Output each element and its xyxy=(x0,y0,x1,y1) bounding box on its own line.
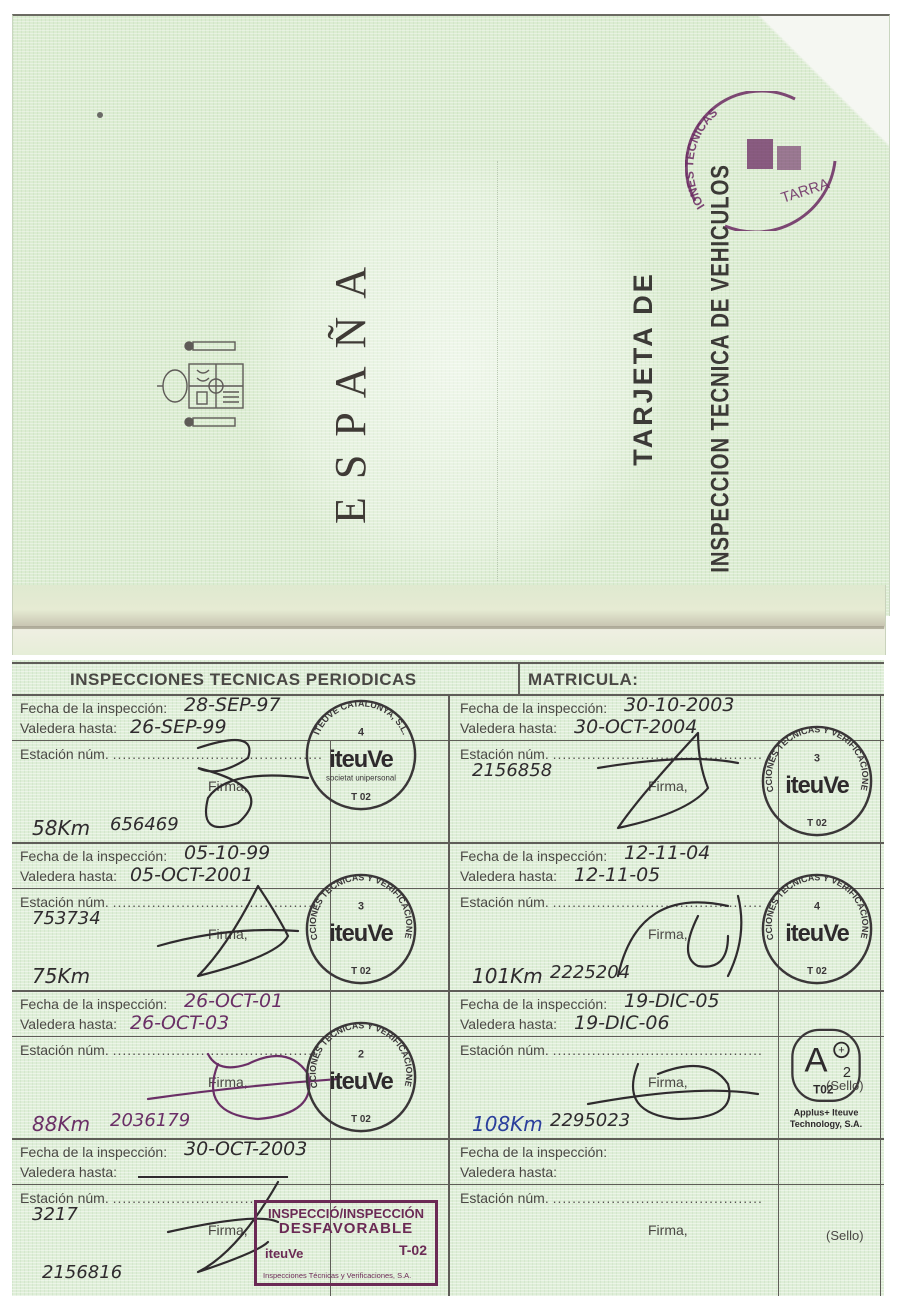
svg-text:iteuVe: iteuVe xyxy=(785,921,849,947)
svg-text:T 02: T 02 xyxy=(351,1114,371,1125)
column-divider xyxy=(448,694,450,1296)
signature-label: Firma, xyxy=(208,1222,248,1238)
station-number-label: Estación núm. ..........................… xyxy=(20,1042,323,1058)
valid-until-value: 12-11-05 xyxy=(574,864,660,886)
grid-line xyxy=(12,662,884,664)
station-dotted-line: ........................................… xyxy=(553,746,763,762)
station-label-text: Estación núm. xyxy=(460,894,553,910)
svg-text:iteuVe: iteuVe xyxy=(329,1069,393,1095)
svg-text:T 02: T 02 xyxy=(351,792,371,803)
valid-until-label: Valedera hasta: xyxy=(20,1164,117,1180)
license-plate-label: MATRICULA: xyxy=(528,670,638,690)
signature-label: Firma, xyxy=(208,778,248,794)
stamp-company: Inspecciones Técnicas y Verificaciones, … xyxy=(263,1272,411,1280)
cover-divider xyxy=(497,161,498,581)
valid-until-value: 26-SEP-99 xyxy=(130,716,227,738)
fold-crease xyxy=(12,626,884,629)
svg-text:iteuVe: iteuVe xyxy=(329,921,393,947)
station-number-label: Estación núm. ..........................… xyxy=(460,894,763,910)
iteuve-round-stamp-icon: INSPECCIONES TECNICAS Y VERIFICACIONES, … xyxy=(302,1018,420,1136)
inspection-entry: Fecha de la inspección:Valedera hasta:Es… xyxy=(18,696,448,844)
svg-text:3: 3 xyxy=(358,900,364,912)
stamp-line2: DESFAVORABLE xyxy=(257,1221,435,1237)
inspection-date-label: Fecha de la inspección: xyxy=(20,848,167,864)
report-number-value: 2295023 xyxy=(550,1110,630,1131)
inspection-entry: Fecha de la inspección:Valedera hasta:Es… xyxy=(458,1140,888,1288)
signature-label: Firma, xyxy=(648,1222,688,1238)
valid-until-value: 19-DIC-06 xyxy=(574,1012,670,1034)
signature-label: Firma, xyxy=(648,778,688,794)
iteuve-round-stamp-icon: INSPECCIONES TECNICAS Y VERIFICACIONES, … xyxy=(758,722,876,840)
svg-text:TARRA: TARRA xyxy=(779,175,832,207)
station-dotted-line: ........................................… xyxy=(113,746,323,762)
station-label-text: Estación núm. xyxy=(460,1042,553,1058)
svg-text:IONES TECNICAS: IONES TECNICAS xyxy=(685,105,720,211)
mileage-value: 101Km xyxy=(472,964,543,988)
inspection-date-label: Fecha de la inspección: xyxy=(20,1144,167,1160)
station-number-value: 3217 xyxy=(32,1204,78,1225)
iteuve-stamp: INSPECCIONES TECNICAS Y VERIFICACIONES, … xyxy=(302,1018,420,1141)
svg-text:T 02: T 02 xyxy=(807,818,827,829)
valid-until-value: 30-OCT-2004 xyxy=(574,716,697,738)
grid-line xyxy=(518,662,520,696)
iteuve-round-stamp-icon: ITEUVE CATALUNYA, S.L.4iteuVesocietat un… xyxy=(302,696,420,814)
report-number-value: 2156816 xyxy=(42,1262,122,1283)
station-dotted-line: ........................................… xyxy=(113,1042,323,1058)
valid-until-label: Valedera hasta: xyxy=(20,868,117,884)
stamp-code: T-02 xyxy=(399,1243,427,1258)
svg-text:T 02: T 02 xyxy=(351,966,371,977)
report-number-value: 656469 xyxy=(110,814,179,835)
station-number-label: Estación núm. ..........................… xyxy=(460,1042,763,1058)
valid-until-label: Valedera hasta: xyxy=(460,868,557,884)
iteuve-stamp: INSPECCIONES TECNICAS Y VERIFICACIONES, … xyxy=(758,870,876,993)
inspection-date-label: Fecha de la inspección: xyxy=(460,848,607,864)
mileage-value: 58Km xyxy=(32,816,90,840)
inspection-date-label: Fecha de la inspección: xyxy=(20,700,167,716)
valid-until-value: 26-OCT-03 xyxy=(130,1012,229,1034)
mileage-value: 88Km xyxy=(32,1112,90,1136)
svg-text:2: 2 xyxy=(358,1048,364,1060)
inspection-date-label: Fecha de la inspección: xyxy=(460,996,607,1012)
svg-text:3: 3 xyxy=(814,752,820,764)
inspection-date-value: 05-10-99 xyxy=(184,842,270,864)
svg-text:iteuVe: iteuVe xyxy=(785,773,849,799)
valid-until-struck xyxy=(138,1176,288,1178)
signature-label: Firma, xyxy=(648,1074,688,1090)
svg-text:T 02: T 02 xyxy=(807,966,827,977)
station-dotted-line: ........................................… xyxy=(553,1042,763,1058)
report-number-value: 2036179 xyxy=(110,1110,190,1131)
station-label-text: Estación núm. xyxy=(460,1190,553,1206)
valid-until-value: 05-OCT-2001 xyxy=(130,864,253,886)
inspection-date-value: 12-11-04 xyxy=(624,842,710,864)
stamp-logo: iteuVe xyxy=(265,1247,303,1261)
inspection-date-label: Fecha de la inspección: xyxy=(460,700,607,716)
card-title-line1: TARJETA DE xyxy=(625,261,661,476)
country-title: ESPAÑA xyxy=(331,241,371,531)
signature-label: Firma, xyxy=(208,926,248,942)
svg-text:Technology, S.A.: Technology, S.A. xyxy=(790,1119,862,1129)
valid-until-label: Valedera hasta: xyxy=(20,720,117,736)
inspection-date-value: 26-OCT-01 xyxy=(184,990,283,1012)
inspection-date-value: 30-OCT-2003 xyxy=(184,1138,307,1160)
inspection-entry: Fecha de la inspección:Valedera hasta:Es… xyxy=(18,1140,448,1288)
inspection-date-value: 19-DIC-05 xyxy=(624,990,720,1012)
inspection-entry: Fecha de la inspección:Valedera hasta:Es… xyxy=(458,696,888,844)
svg-text:Applus+ Iteuve: Applus+ Iteuve xyxy=(794,1107,859,1117)
inspection-entry: Fecha de la inspección:Valedera hasta:Es… xyxy=(458,844,888,992)
station-label-text: Estación núm. xyxy=(20,1042,113,1058)
svg-text:iteuVe: iteuVe xyxy=(329,747,393,773)
report-number-value: 2225204 xyxy=(550,962,630,983)
station-dotted-line: ........................................… xyxy=(113,894,323,910)
station-number-label: Estación núm. ..........................… xyxy=(20,746,323,762)
mileage-value: 75Km xyxy=(32,964,90,988)
inspection-date-value: 30-10-2003 xyxy=(624,694,734,716)
iteuve-stamp: ITEUVE CATALUNYA, S.L.4iteuVesocietat un… xyxy=(302,696,420,819)
station-dotted-line: ........................................… xyxy=(553,894,763,910)
signature-label: Firma, xyxy=(648,926,688,942)
document-cover: ESPAÑA TARJETA DE INSPECCION TECNICA DE … xyxy=(12,14,890,616)
iteuve-stamp: INSPECCIONES TECNICAS Y VERIFICACIONES, … xyxy=(302,870,420,993)
paper-spot xyxy=(97,112,103,118)
coat-of-arms-icon xyxy=(153,334,263,434)
iteuve-stamp: INSPECCIONES TECNICAS Y VERIFICACIONES, … xyxy=(758,722,876,845)
station-dotted-line: ........................................… xyxy=(553,1190,763,1206)
station-number-label: Estación núm. ..........................… xyxy=(460,1190,763,1206)
iteuve-round-stamp-icon: INSPECCIONES TECNICAS Y VERIFICACIONES, … xyxy=(302,870,420,988)
svg-text:societat unipersonal: societat unipersonal xyxy=(326,774,396,783)
signature-label: Firma, xyxy=(208,1074,248,1090)
unfavorable-inspection-stamp: INSPECCIÓ/INSPECCIÓNDESFAVORABLET-02iteu… xyxy=(254,1200,438,1286)
periodic-inspections-heading: INSPECCIONES TECNICAS PERIODICAS xyxy=(70,670,417,690)
inspection-station-stamp-icon: IONES TECNICAS TARRA xyxy=(685,91,845,231)
svg-text:A: A xyxy=(804,1042,827,1080)
station-number-value: 753734 xyxy=(32,908,101,929)
iteuve-round-stamp-icon: INSPECCIONES TECNICAS Y VERIFICACIONES, … xyxy=(758,870,876,988)
card-fold-spine xyxy=(12,585,886,655)
inspection-grid: INSPECCIONES TECNICAS PERIODICAS MATRICU… xyxy=(12,660,884,1296)
valid-until-label: Valedera hasta: xyxy=(460,720,557,736)
mileage-value: 108Km xyxy=(472,1112,543,1136)
seal-label: (Sello) xyxy=(826,1078,864,1093)
seal-label: (Sello) xyxy=(826,1228,864,1243)
inspection-date-label: Fecha de la inspección: xyxy=(460,1144,607,1160)
station-number-value: 2156858 xyxy=(472,760,552,781)
watermark-coat-of-arms xyxy=(243,146,673,586)
stamp-line1: INSPECCIÓ/INSPECCIÓN xyxy=(257,1207,435,1221)
station-label-text: Estación núm. xyxy=(20,746,113,762)
valid-until-label: Valedera hasta: xyxy=(460,1164,557,1180)
svg-text:4: 4 xyxy=(358,726,364,738)
valid-until-label: Valedera hasta: xyxy=(460,1016,557,1032)
inspection-date-label: Fecha de la inspección: xyxy=(20,996,167,1012)
valid-until-label: Valedera hasta: xyxy=(20,1016,117,1032)
inspection-entry: Fecha de la inspección:Valedera hasta:Es… xyxy=(458,992,888,1140)
inspection-entry: Fecha de la inspección:Valedera hasta:Es… xyxy=(18,844,448,992)
svg-text:4: 4 xyxy=(814,900,820,912)
inspection-entry: Fecha de la inspección:Valedera hasta:Es… xyxy=(18,992,448,1140)
inspection-date-value: 28-SEP-97 xyxy=(184,694,281,716)
svg-text:+: + xyxy=(838,1045,844,1057)
